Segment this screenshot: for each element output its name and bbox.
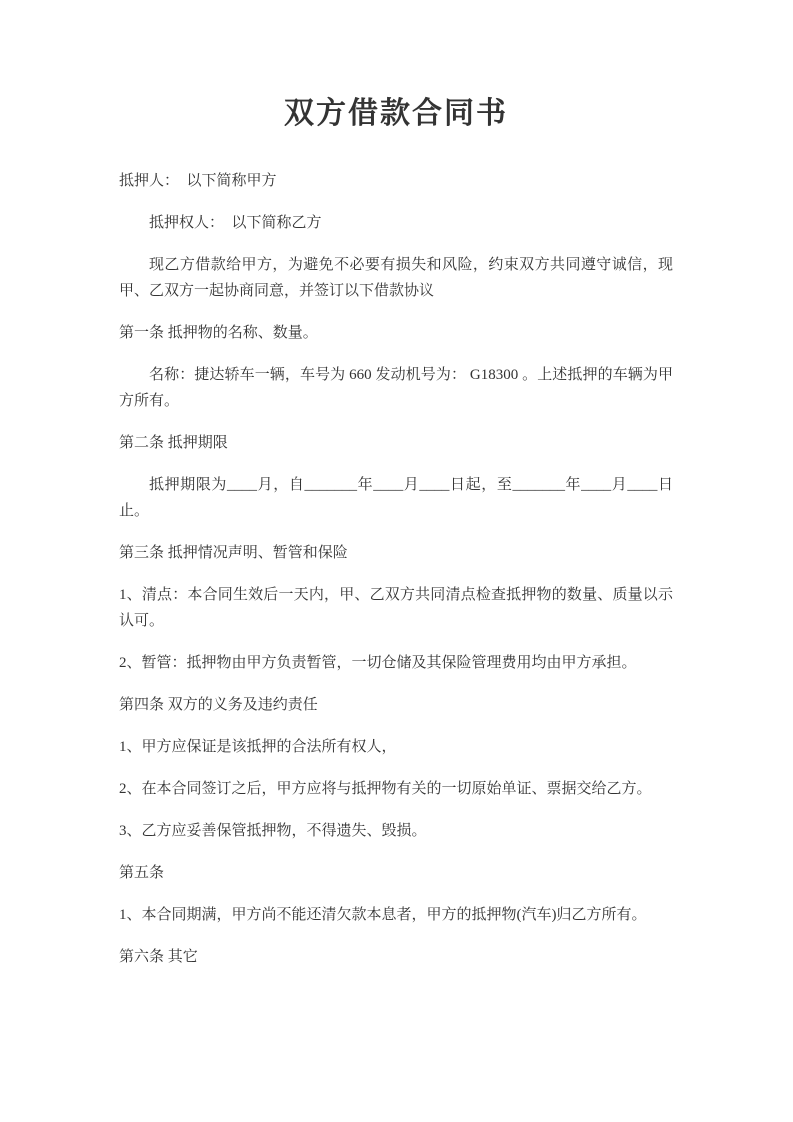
paragraph-article-4-item-3: 3、乙方应妥善保管抵押物，不得遗失、毁损。 <box>119 818 673 844</box>
paragraph-article-3: 第三条 抵押情况声明、暂管和保险 <box>119 540 673 566</box>
paragraph-article-5: 第五条 <box>119 860 673 886</box>
paragraph-article-2: 第二条 抵押期限 <box>119 430 673 456</box>
paragraph-article-4: 第四条 双方的义务及违约责任 <box>119 692 673 718</box>
contract-page: 双方借款合同书 抵押人： 以下简称甲方 抵押权人： 以下简称乙方 现乙方借款给甲… <box>0 0 793 1122</box>
paragraph-article-3-item-1: 1、清点：本合同生效后一天内，甲、乙双方共同清点检查抵押物的数量、质量以示认可。 <box>119 582 673 634</box>
paragraph-mortgagee: 抵押权人： 以下简称乙方 <box>119 210 673 236</box>
paragraph-mortgage-term: 抵押期限为____月，自_______年____月____日起，至_______… <box>119 472 673 524</box>
paragraph-article-5-item-1: 1、本合同期满，甲方尚不能还清欠款本息者，甲方的抵押物(汽车)归乙方所有。 <box>119 902 673 928</box>
document-title: 双方借款合同书 <box>119 92 673 136</box>
paragraph-mortgagor: 抵押人： 以下简称甲方 <box>119 168 673 194</box>
contract-body: 抵押人： 以下简称甲方 抵押权人： 以下简称乙方 现乙方借款给甲方，为避免不必要… <box>119 168 673 970</box>
paragraph-collateral-name: 名称：捷达轿车一辆，车号为 660 发动机号为： G18300 。上述抵押的车辆… <box>119 362 673 414</box>
paragraph-preamble: 现乙方借款给甲方，为避免不必要有损失和风险，约束双方共同遵守诚信，现甲、乙双方一… <box>119 252 673 304</box>
paragraph-article-3-item-2: 2、暂管：抵押物由甲方负责暂管，一切仓储及其保险管理费用均由甲方承担。 <box>119 650 673 676</box>
paragraph-article-4-item-1: 1、甲方应保证是该抵押的合法所有权人， <box>119 734 673 760</box>
paragraph-article-1: 第一条 抵押物的名称、数量。 <box>119 320 673 346</box>
paragraph-article-6: 第六条 其它 <box>119 944 673 970</box>
paragraph-article-4-item-2: 2、在本合同签订之后，甲方应将与抵押物有关的一切原始单证、票据交给乙方。 <box>119 776 673 802</box>
